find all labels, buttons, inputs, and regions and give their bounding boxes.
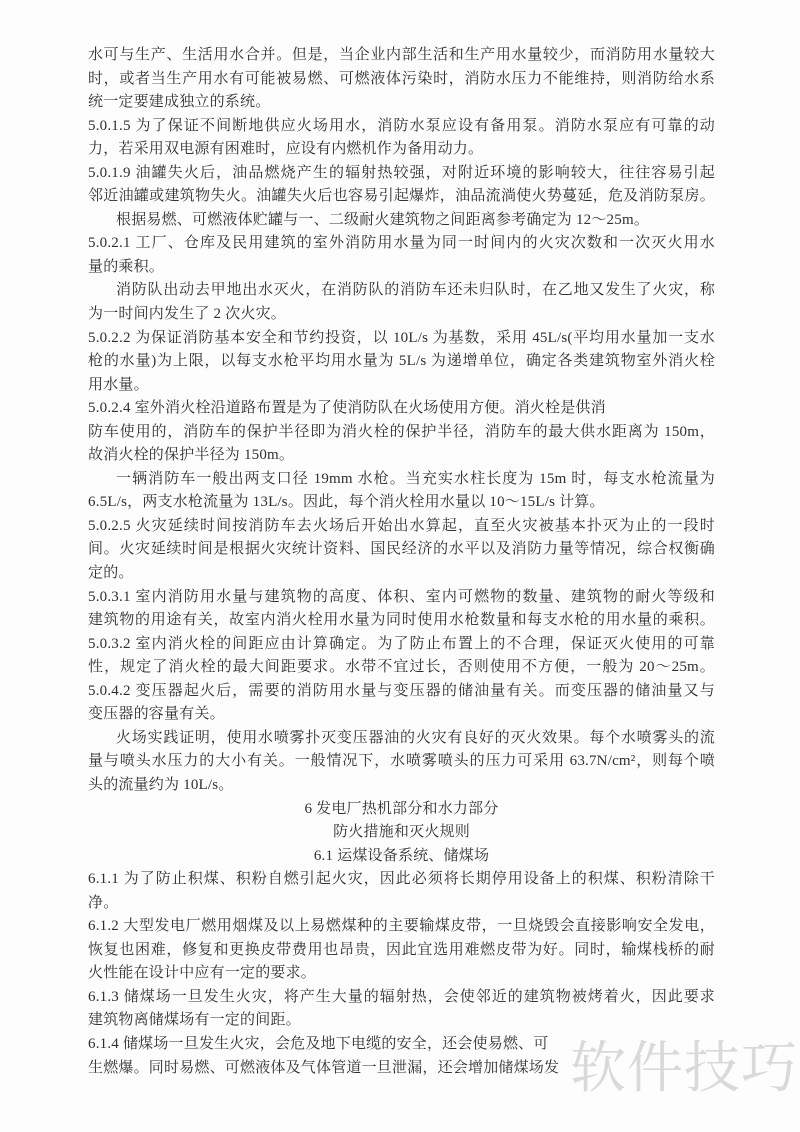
document-line: 5.0.3.1 室内消防用水量与建筑物的高度、体积、室内可燃物的数量、建筑物的耐… bbox=[88, 586, 715, 610]
document-line: 量的乘积。 bbox=[88, 256, 715, 280]
document-line: 间。火灾延续时间是根据火灾统计资料、国民经济的水平以及消防力量等情况，综合权衡确 bbox=[88, 538, 715, 562]
document-line: 火性能在设计中应有一定的要求。 bbox=[88, 962, 715, 986]
document-page: 水可与生产、生活用水合并。但是，当企业内部生活和生产用水量较少，而消防用水量较大… bbox=[0, 0, 800, 1132]
watermark: 软件技巧 bbox=[570, 1038, 800, 1098]
document-line: 力，若采用双电源有困难时，应设有内燃机作为备用动力。 bbox=[88, 138, 715, 162]
document-line: 5.0.3.2 室内消火栓的间距应由计算确定。为了防止布置上的不合理，保证灭火使… bbox=[88, 633, 715, 657]
document-line: 根据易燃、可燃液体贮罐与一、二级耐火建筑物之间距离参考确定为 12～25m。 bbox=[88, 209, 715, 233]
document-line: 枪的水量)为上限，以每支水枪平均用水量为 5L/s 为递增单位，确定各类建筑物室… bbox=[88, 350, 715, 374]
document-line: 邻近油罐或建筑物失火。油罐失火后也容易引起爆炸，油品流淌使火势蔓延，危及消防泵房… bbox=[88, 185, 715, 209]
document-line: 一辆消防车一般出两支口径 19mm 水枪。当充实水柱长度为 15m 时，每支水枪… bbox=[88, 468, 715, 492]
document-line: 6.1.1 为了防止积煤、积粉自燃引起火灾，因此必须将长期停用设备上的积煤、积粉… bbox=[88, 868, 715, 892]
document-line: 量与喷头水压力的大小有关。一般情况下，水喷雾喷头的压力可采用 63.7N/cm²… bbox=[88, 750, 715, 774]
document-line: 5.0.1.5 为了保证不间断地供应火场用水，消防水泵应设有备用泵。消防水泵应有… bbox=[88, 115, 715, 139]
document-line: 定的。 bbox=[88, 562, 715, 586]
section-heading: 6.1 运煤设备系统、储煤场 bbox=[88, 845, 715, 869]
document-line: 5.0.2.4 室外消火栓沿道路布置是为了使消防队在火场使用方便。消火栓是供消 bbox=[88, 397, 715, 421]
section-heading: 6 发电厂热机部分和水力部分 bbox=[88, 798, 715, 822]
document-line: 6.5L/s，两支水枪流量为 13L/s。因此，每个消火栓用水量以 10～15L… bbox=[88, 491, 715, 515]
document-line: 为一时间内发生了 2 次火灾。 bbox=[88, 303, 715, 327]
document-line: 5.0.4.2 变压器起火后，需要的消防用水量与变压器的储油量有关。而变压器的储… bbox=[88, 680, 715, 704]
document-line: 5.0.2.1 工厂、仓库及民用建筑的室外消防用水量为同一时间内的火灾次数和一次… bbox=[88, 232, 715, 256]
document-line: 性，规定了消火栓的最大间距要求。水带不宜过长，否则使用不方便，一般为 20～25… bbox=[88, 656, 715, 680]
document-line: 净。 bbox=[88, 892, 715, 916]
document-line: 火场实践证明，使用水喷雾扑灭变压器油的火灾有良好的灭火效果。每个水喷雾头的流 bbox=[88, 727, 715, 751]
document-line: 用水量。 bbox=[88, 374, 715, 398]
document-line: 变压器的容量有关。 bbox=[88, 703, 715, 727]
document-content: 水可与生产、生活用水合并。但是，当企业内部生活和生产用水量较少，而消防用水量较大… bbox=[88, 44, 715, 1080]
document-line: 故消火栓的保护半径为 150m。 bbox=[88, 444, 715, 468]
document-line: 消防队出动去甲地出水灭火，在消防队的消防车还未归队时，在乙地又发生了火灾，称 bbox=[88, 279, 715, 303]
section-heading: 防火措施和灭火规则 bbox=[88, 821, 715, 845]
document-line: 5.0.2.5 火灾延续时间按消防车去火场后开始出水算起，直至火灾被基本扑灭为止… bbox=[88, 515, 715, 539]
document-line: 6.1.3 储煤场一旦发生火灾，将产生大量的辐射热，会使邻近的建筑物被烤着火，因… bbox=[88, 986, 715, 1010]
document-line: 头的流量约为 10L/s。 bbox=[88, 774, 715, 798]
document-line: 防车使用的，消防车的保护半径即为消火栓的保护半径，消防车的最大供水距离为 150… bbox=[88, 421, 715, 445]
document-line: 6.1.2 大型发电厂燃用烟煤及以上易燃煤种的主要输煤皮带，一旦烧毁会直接影响安… bbox=[88, 915, 715, 939]
document-line: 5.0.1.9 油罐失火后，油品燃烧产生的辐射热较强，对附近环境的影响较大，往往… bbox=[88, 162, 715, 186]
document-line: 统一定要建成独立的系统。 bbox=[88, 91, 715, 115]
document-line: 建筑物的用途有关，故室内消火栓用水量为同时使用水枪数量和每支水枪的用水量的乘积。 bbox=[88, 609, 715, 633]
document-line: 恢复也困难，修复和更换皮带费用也昂贵，因此宜选用难燃皮带为好。同时，输煤栈桥的耐 bbox=[88, 939, 715, 963]
document-line: 时，或者当生产用水有可能被易燃、可燃液体污染时，消防水压力不能维持，则消防给水系 bbox=[88, 68, 715, 92]
document-line: 水可与生产、生活用水合并。但是，当企业内部生活和生产用水量较少，而消防用水量较大 bbox=[88, 44, 715, 68]
document-line: 5.0.2.2 为保证消防基本安全和节约投资，以 10L/s 为基数，采用 45… bbox=[88, 327, 715, 351]
